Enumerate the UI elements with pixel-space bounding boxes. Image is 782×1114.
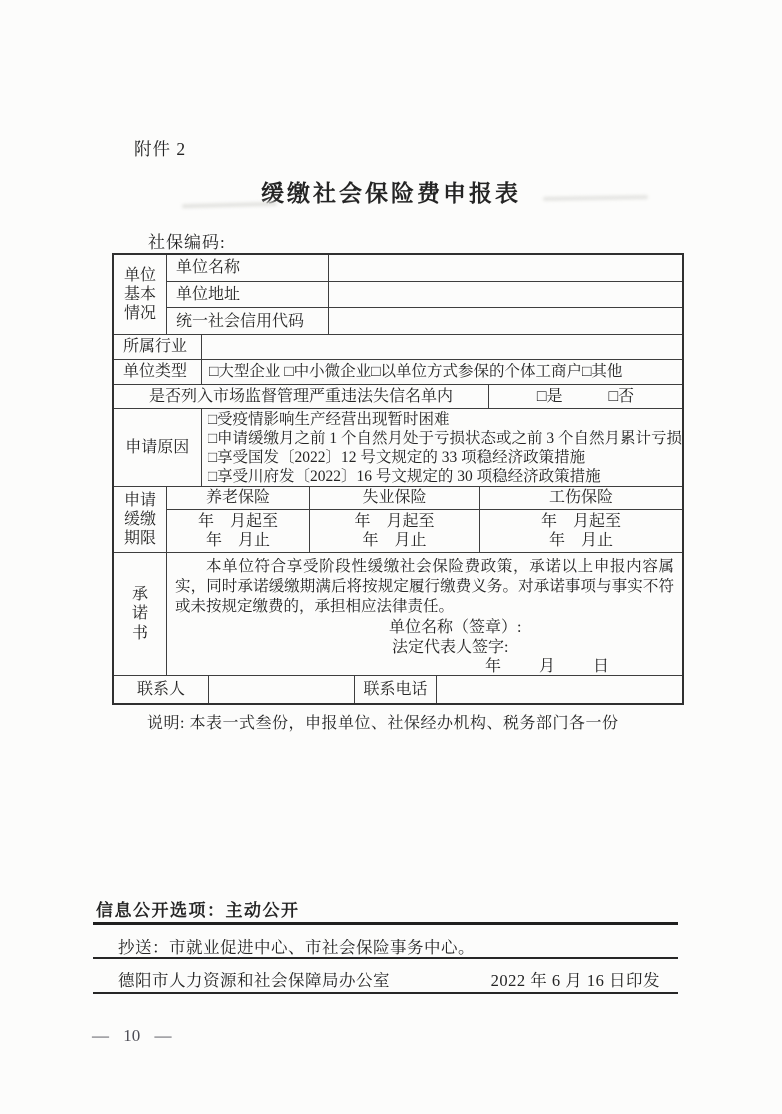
table-note: 说明: 本表一式叁份，申报单位、社保经办机构、税务部门各一份 [147,710,618,733]
reason-option-epidemic[interactable]: □受疫情影响生产经营出现暂时困难 [208,410,450,429]
reason-option-loss[interactable]: □申请缓缴月之前 1 个自然月处于亏损状态或之前 3 个自然月累计亏损 [208,429,682,448]
blacklist-no-option[interactable]: □否 [609,387,635,406]
insurance-period-row: 年 月起至 年 月止 年 月起至 年 月止 年 月起至 年 月止 [167,509,682,552]
industry-row: 所属行业 [114,334,682,359]
commitment-group-label: 承 诺 书 [114,553,167,675]
unit-type-row: 单位类型 □大型企业 □中小微企业□以单位方式参保的个体工商户□其他 [114,359,682,384]
unit-address-label: 单位地址 [167,282,329,308]
commitment-body: 本单位符合享受阶段性缓缴社会保险费政策，承诺以上申报内容属实，同时承诺缓缴期满后… [175,557,674,617]
injury-insurance-header: 工伤保险 [480,487,682,509]
sign-unit-label: 单位名称（签章）: [389,618,674,638]
page-number: — 10 — [92,1026,172,1046]
blacklist-options: □是 □否 [489,385,682,408]
unit-name-row: 单位名称 [167,255,682,281]
commitment-content: 本单位符合享受阶段性缓缴社会保险费政策，承诺以上申报内容属实，同时承诺缓缴期满后… [167,553,682,675]
pension-period-text: 年 月起至 年 月止 [198,512,278,550]
footer-divider [93,922,678,925]
reason-option-guofa12[interactable]: □享受国发〔2022〕12 号文规定的 33 项稳经济政策措施 [208,448,586,467]
attachment-label: 附件 2 [134,136,186,161]
contact-phone-label: 联系电话 [355,676,437,703]
contact-person-field[interactable] [209,676,355,703]
footer-divider [93,957,678,959]
unit-basic-group-label: 单位 基本 情况 [114,255,167,334]
issuer-line: 德阳市人力资源和社会保障局办公室 2022 年 6 月 16 日印发 [93,967,678,992]
blacklist-row: 是否列入市场监督管理严重违法失信名单内 □是 □否 [114,384,682,408]
unit-name-label: 单位名称 [167,255,329,281]
contact-phone-field[interactable] [437,676,682,703]
unit-address-field[interactable] [329,282,682,308]
injury-period-text: 年 月起至 年 月止 [541,512,621,550]
unit-address-row: 单位地址 [167,281,682,308]
credit-code-field[interactable] [329,308,682,334]
unemployment-insurance-header: 失业保险 [310,487,480,509]
unit-type-label: 单位类型 [114,360,202,384]
issuer-name: 德阳市人力资源和社会保障局办公室 [118,967,390,992]
pension-period-field[interactable]: 年 月起至 年 月止 [167,510,310,552]
credit-code-row: 统一社会信用代码 [167,307,682,334]
defer-period-row: 申请 缓缴 期限 养老保险 失业保险 工伤保险 年 月起至 年 月止 年 月起至… [114,486,682,552]
blacklist-yes-option[interactable]: □是 [537,387,563,406]
unit-basic-row: 单位 基本 情况 单位名称 单位地址 统一社会信用代码 [114,255,682,334]
social-code-label: 社保编码: [148,228,226,253]
contact-row: 联系人 联系电话 [114,675,682,703]
form-title: 缓缴社会保险费申报表 [0,175,782,208]
industry-label: 所属行业 [114,335,202,359]
document-footer: 信息公开选项：主动公开 抄送：市就业促进中心、市社会保险事务中心。 德阳市人力资… [93,896,678,994]
unemployment-period-text: 年 月起至 年 月止 [354,512,434,550]
unit-basic-subrows: 单位名称 单位地址 统一社会信用代码 [167,255,682,334]
sign-legal-label: 法定代表人签字: [392,638,674,658]
document-page: 附件 2 缓缴社会保险费申报表 社保编码: 单位 基本 情况 单位名称 单位地址… [0,0,782,1114]
unit-type-options[interactable]: □大型企业 □中小微企业□以单位方式参保的个体工商户□其他 [202,360,682,384]
reason-label: 申请原因 [114,409,202,486]
blacklist-question: 是否列入市场监督管理严重违法失信名单内 [114,385,489,408]
reason-row: 申请原因 □受疫情影响生产经营出现暂时困难 □申请缓缴月之前 1 个自然月处于亏… [114,408,682,486]
credit-code-label: 统一社会信用代码 [167,308,329,334]
unit-name-field[interactable] [329,255,682,281]
cc-line: 抄送：市就业促进中心、市社会保险事务中心。 [93,934,678,957]
issue-date: 2022 年 6 月 16 日印发 [491,967,660,992]
defer-period-grid: 养老保险 失业保险 工伤保险 年 月起至 年 月止 年 月起至 年 月止 年 月… [167,487,682,552]
declaration-table: 单位 基本 情况 单位名称 单位地址 统一社会信用代码 所属行业 [112,253,684,705]
defer-period-group-label: 申请 缓缴 期限 [114,487,167,552]
commitment-row: 承 诺 书 本单位符合享受阶段性缓缴社会保险费政策，承诺以上申报内容属实，同时承… [114,552,682,675]
disclosure-line: 信息公开选项：主动公开 [93,896,678,922]
unemployment-period-field[interactable]: 年 月起至 年 月止 [310,510,480,552]
contact-person-label: 联系人 [114,676,209,703]
industry-field[interactable] [202,335,682,359]
insurance-header-row: 养老保险 失业保险 工伤保险 [167,487,682,509]
reason-options: □受疫情影响生产经营出现暂时困难 □申请缓缴月之前 1 个自然月处于亏损状态或之… [202,409,682,486]
reason-option-chuanfufa16[interactable]: □享受川府发〔2022〕16 号文规定的 30 项稳经济政策措施 [208,467,601,486]
sign-date-label: 年 月 日 [485,657,674,677]
pension-insurance-header: 养老保险 [167,487,310,509]
injury-period-field[interactable]: 年 月起至 年 月止 [480,510,682,552]
footer-divider [93,992,678,994]
